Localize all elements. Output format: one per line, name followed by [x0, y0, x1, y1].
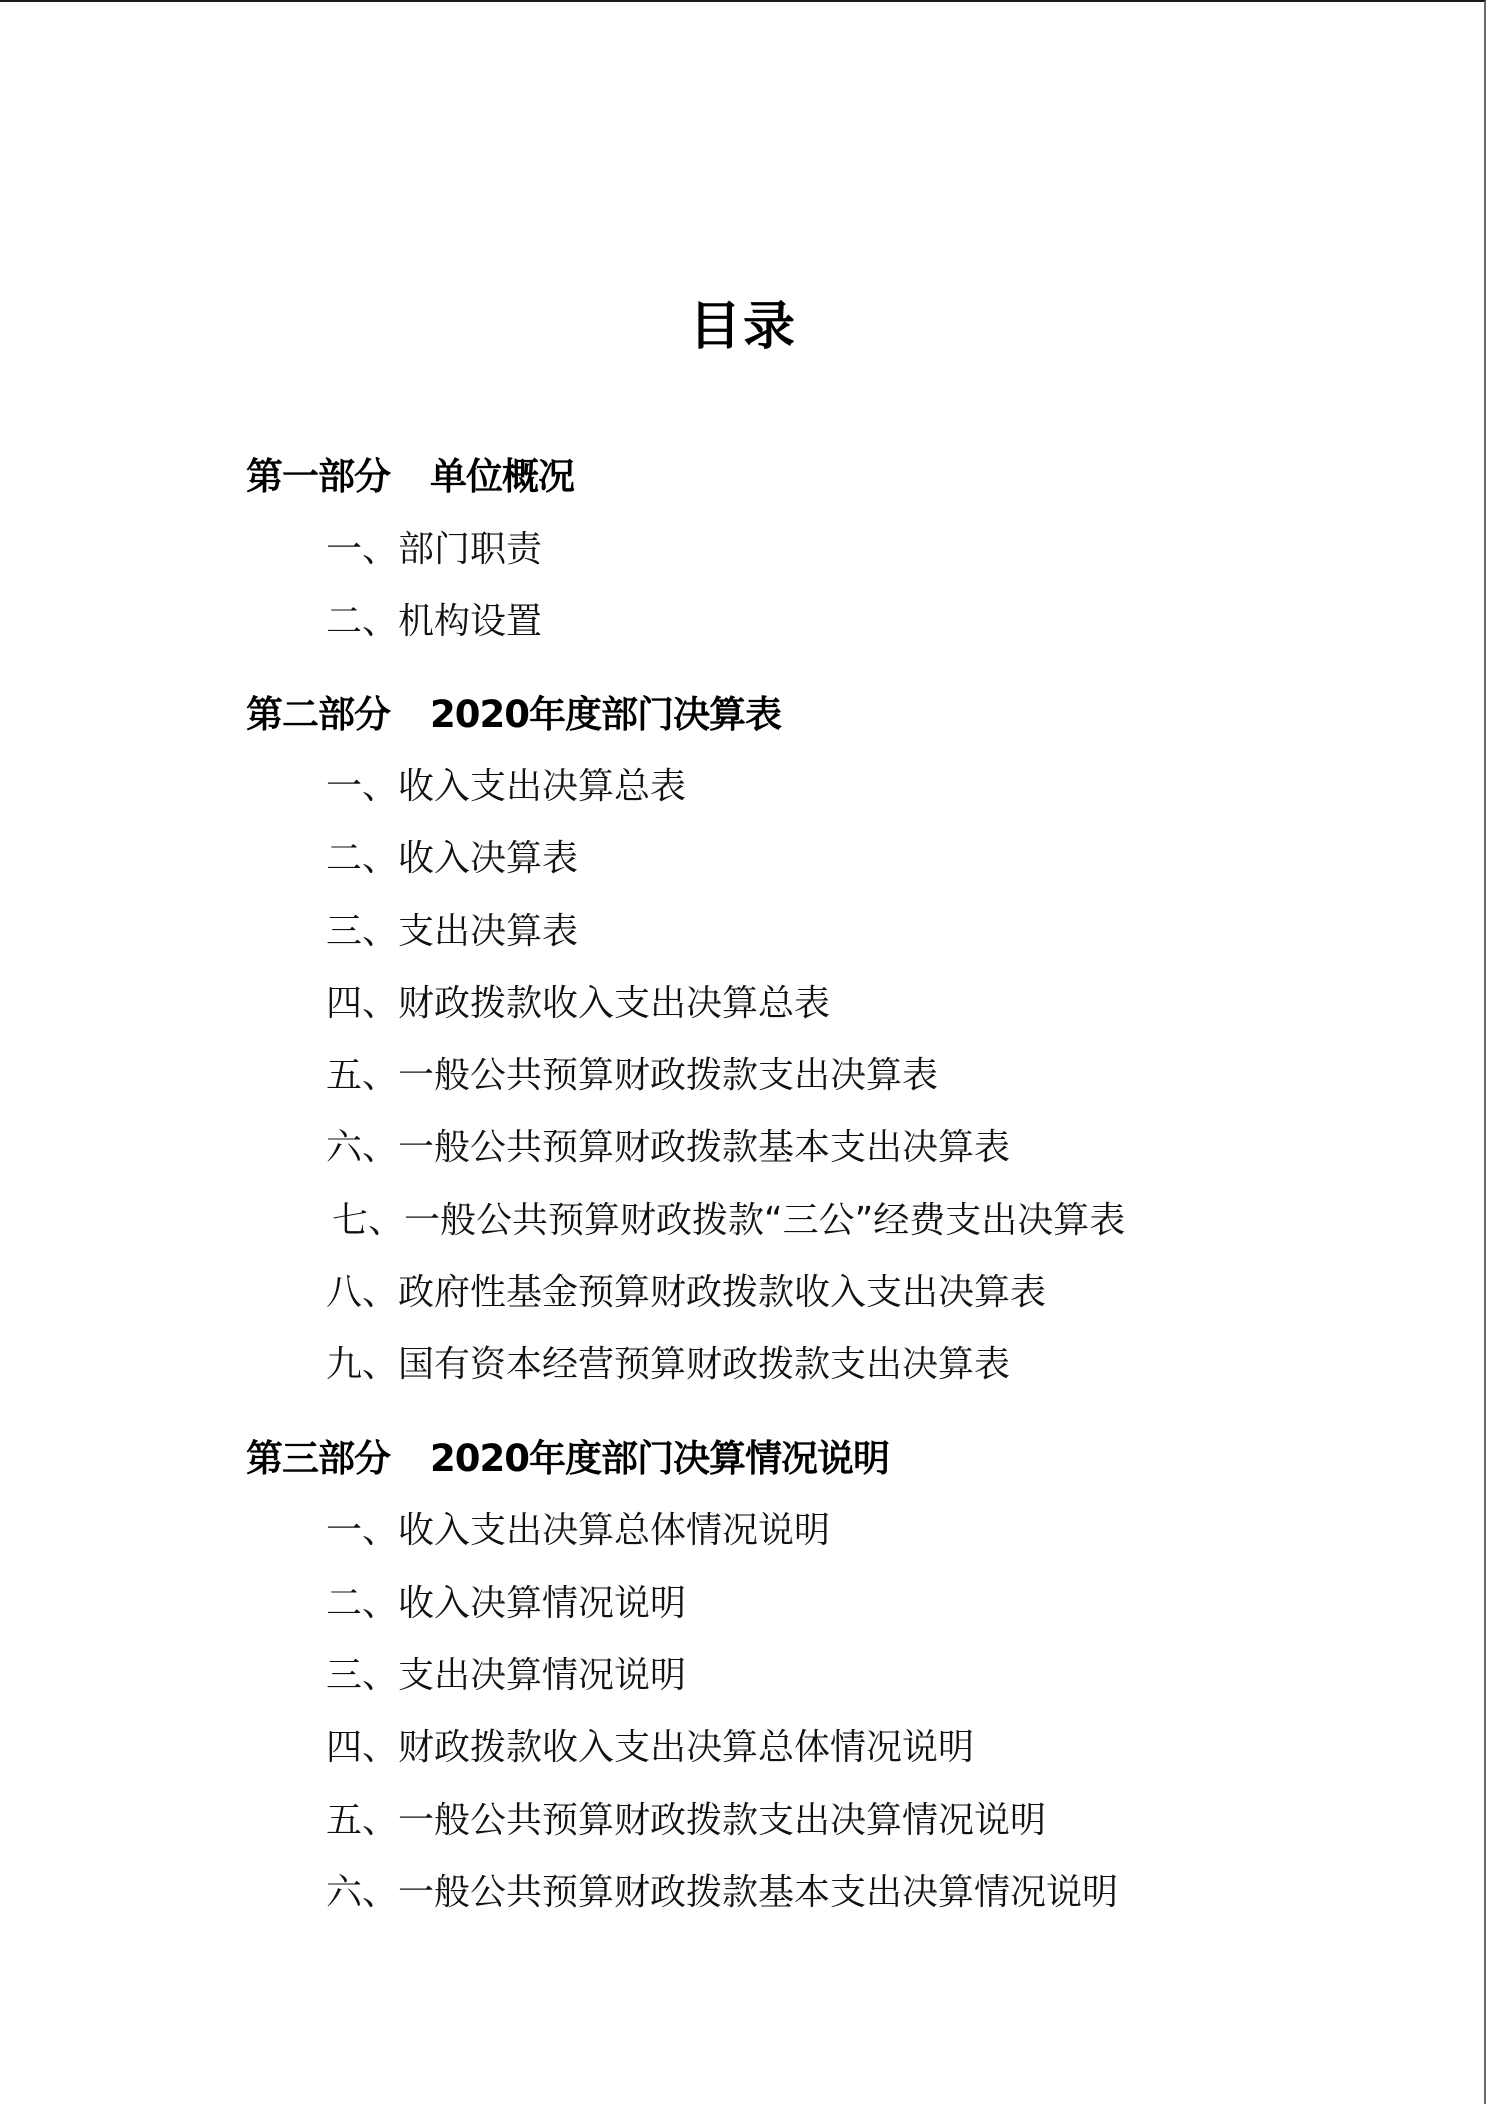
- toc-item[interactable]: 六、一般公共预算财政拨款基本支出决算情况说明: [326, 1868, 1118, 1918]
- toc-item[interactable]: 五、一般公共预算财政拨款支出决算情况说明: [326, 1796, 1046, 1846]
- toc-item[interactable]: 八、政府性基金预算财政拨款收入支出决算表: [326, 1268, 1046, 1318]
- toc-item[interactable]: 一、部门职责: [326, 525, 542, 575]
- toc-title: 目录: [0, 292, 1486, 362]
- toc-item[interactable]: 二、收入决算表: [326, 834, 578, 884]
- toc-item[interactable]: 四、财政拨款收入支出决算总体情况说明: [326, 1723, 974, 1773]
- toc-part-3-heading[interactable]: 第三部分2020年度部门决算情况说明: [246, 1434, 889, 1484]
- part-label: 第三部分: [246, 1437, 390, 1480]
- part-label: 第二部分: [246, 693, 390, 736]
- document-page: 目录 第一部分单位概况 一、部门职责 二、机构设置 第二部分2020年度部门决算…: [0, 0, 1486, 2104]
- toc-item[interactable]: 五、一般公共预算财政拨款支出决算表: [326, 1051, 938, 1101]
- toc-item[interactable]: 三、支出决算情况说明: [326, 1651, 686, 1701]
- toc-item[interactable]: 六、一般公共预算财政拨款基本支出决算表: [326, 1123, 1010, 1173]
- part-heading: 单位概况: [430, 455, 574, 498]
- toc-part-2-heading[interactable]: 第二部分2020年度部门决算表: [246, 690, 781, 740]
- toc-item[interactable]: 一、收入支出决算总体情况说明: [326, 1506, 830, 1556]
- toc-item[interactable]: 二、机构设置: [326, 597, 542, 647]
- toc-item[interactable]: 九、国有资本经营预算财政拨款支出决算表: [326, 1340, 1010, 1390]
- toc-item[interactable]: 七、一般公共预算财政拨款“三公”经费支出决算表: [332, 1196, 1125, 1246]
- toc-item[interactable]: 三、支出决算表: [326, 907, 578, 957]
- toc-item[interactable]: 二、收入决算情况说明: [326, 1579, 686, 1629]
- toc-item[interactable]: 一、收入支出决算总表: [326, 762, 686, 812]
- part-heading: 2020年度部门决算表: [430, 693, 781, 736]
- part-label: 第一部分: [246, 455, 390, 498]
- toc-part-1-heading[interactable]: 第一部分单位概况: [246, 452, 574, 502]
- part-heading: 2020年度部门决算情况说明: [430, 1437, 889, 1480]
- toc-item[interactable]: 四、财政拨款收入支出决算总表: [326, 979, 830, 1029]
